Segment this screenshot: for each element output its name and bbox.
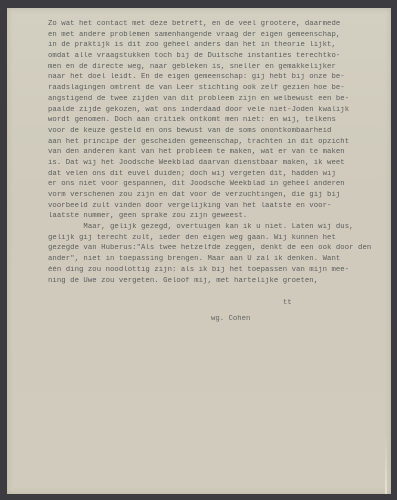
text-line: aan het principe der gescheiden gemeensc… [48, 137, 388, 148]
text-line: omdat alle vraagstukken toch bij de Duit… [48, 51, 388, 62]
text-line: raadslagingen omtrent de van Leer sticht… [48, 83, 388, 94]
text-line: is. Dat wij het Joodsche Weekblad daarva… [48, 158, 388, 169]
text-line: voor de keuze gesteld en ons bewust van … [48, 126, 388, 137]
text-line: Zo wat het contact met deze betreft, en … [48, 19, 388, 30]
text-line: dat velen ons dit euvel duiden; doch wij… [48, 169, 388, 180]
text-line: van den anderen kant van het probleem te… [48, 147, 388, 158]
closing-mark: tt [283, 299, 292, 307]
text-line: laatste nummer, geen sprake zou zijn gew… [48, 211, 388, 222]
text-line: voorbeeld zult vinden door vergelijking … [48, 201, 388, 212]
text-line: ander", niet in toepassing brengen. Maar… [48, 254, 388, 265]
text-line: gelijk gij terecht zult, ieder den eigen… [48, 233, 388, 244]
text-line: angstigend de twee zijden van dit proble… [48, 94, 388, 105]
signature: wg. Cohen [211, 315, 250, 323]
text-line: in de praktijk is dit zoo geheel anders … [48, 40, 388, 51]
text-line: paalde zijde gekozen, wat ons inderdaad … [48, 105, 388, 116]
text-line: men en de directe weg, naar gebleken is,… [48, 62, 388, 73]
text-line: ning de Uwe zou vergeten. Geloof mij, me… [48, 276, 388, 287]
text-line: naar het doel leidt. En de eigen gemeens… [48, 72, 388, 83]
letter-body: Zo wat het contact met deze betreft, en … [48, 19, 388, 286]
text-line: wordt genomen. Doch aan critiek ontkomt … [48, 115, 388, 126]
text-line: gezegde van Huberus:"Als twee hetzelfde … [48, 243, 388, 254]
text-line: één ding zou noodlottig zijn: als ik bij… [48, 265, 388, 276]
text-line: vorm verschenen zou zijn en dat voor de … [48, 190, 388, 201]
text-line: en met andere problemen samenhangende vr… [48, 30, 388, 41]
text-line: Maar, gelijk gezegd, overtuigen kan ik u… [48, 222, 388, 233]
letter-page: Zo wat het contact met deze betreft, en … [7, 8, 391, 494]
text-line: er ons niet voor gespannen, dit Joodsche… [48, 179, 388, 190]
